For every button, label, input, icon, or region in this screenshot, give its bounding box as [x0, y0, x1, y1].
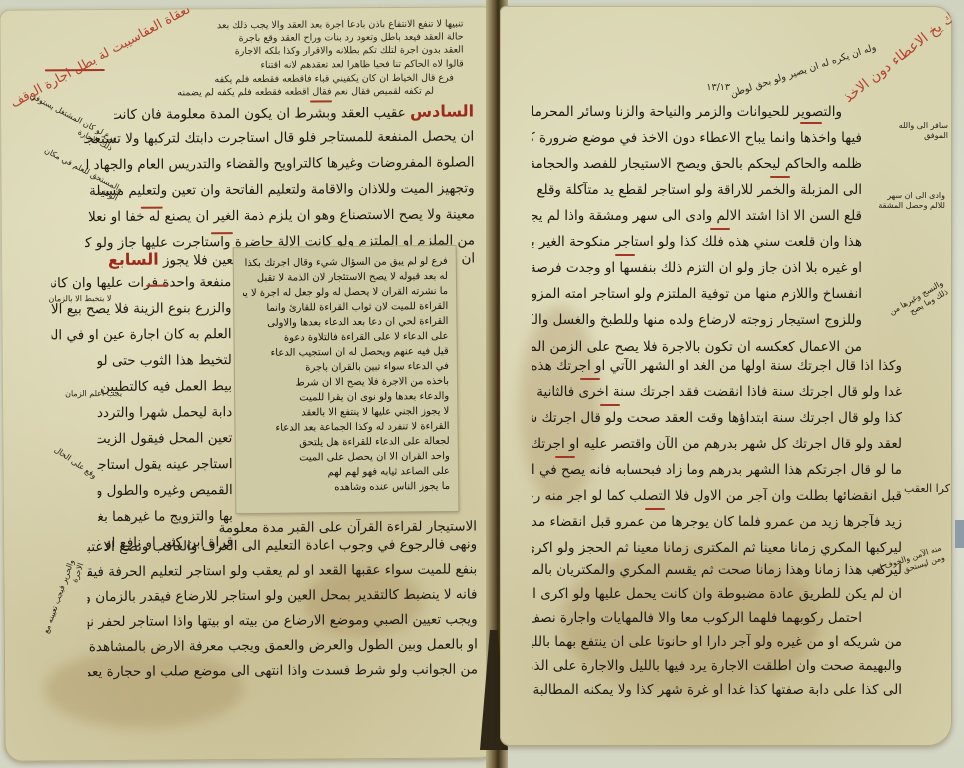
text-line: وللزوج استيجار زوجته لارضاع ولده منها ول…: [532, 312, 862, 328]
rubric-overline: [800, 122, 822, 124]
text-line: ما لو قال اجرتكم هذا الشهر بدرهم وما زاد…: [532, 462, 902, 478]
rubric-overline: [141, 207, 163, 209]
text-line: ظلمه والحاكم ليحكم بالحق ويصح الاستيجار …: [532, 156, 862, 172]
text-line: او بالعمل وبين الطول والعرض والعمق ويجب …: [88, 636, 478, 655]
text-line: والبهيمة صحت وان اطلقت الاجارة يرد فيها …: [532, 658, 902, 674]
margin-note: والحرير فيجب تعيينه مع الاجرة: [41, 558, 87, 640]
slip-line: القراءة لحي ان دعا بعد الدعاء بعدها والا…: [243, 316, 448, 329]
text-line: او غيره بلا اذن جاز ولو ان التزم ذلك بنف…: [532, 260, 862, 276]
slip-line: على الدعاء لا على القراءة فالتلاوة دعوة: [244, 331, 449, 344]
slip-line: فرع لو لم يبق من السؤال شيء وقال اجرتك ب…: [243, 256, 448, 269]
text-line: غدا ولو قال اجرتك سنة فاذا انقضت فقد اجر…: [532, 384, 902, 400]
top-note: تنبيها لا تنفع الانتفاع باذن بادعا اجرة …: [63, 18, 463, 32]
margin-note: والنسج وغيرها من ذلك وما يصح: [875, 279, 950, 334]
slip-line: والدعاء بعدها ولو نوى ان يقرأ للميت: [244, 391, 449, 404]
text-line: الى المزبلة والخمر للاراقة ولو استاجر لق…: [532, 182, 862, 198]
rubric-overline: [710, 228, 730, 230]
margin-note: وادى الى ان سهر للالم وحصل المشقة: [870, 191, 945, 211]
slip-line: في الدعاء سواء تبين بالقرآن باجرة: [244, 361, 449, 374]
rubric-overline: [146, 285, 168, 287]
pasted-slip: فرع لو لم يبق من السؤال شيء وقال اجرتك ب…: [234, 246, 459, 513]
text-line: ليركبها المكري زمانا معينا ثم المكترى زم…: [532, 540, 902, 556]
slip-line: لجعالة على الدعاء للقراءة هل يلتحق: [245, 436, 450, 449]
right-page: وله ان يكره له ان يصير ولو بحق لوطن ١٣/١…: [500, 6, 952, 746]
margin-note: لا يتخبط الا بالزمان: [21, 294, 111, 305]
text-line: لتخيط هذا الثوب حتى لو قال في هذا اليوم: [97, 352, 232, 369]
slip-line: القراءة للميت لان ثواب القراءة للقارئ وا…: [243, 301, 448, 314]
text-line: القميص وغيره والطول والعرض ونوع الخياطة: [98, 482, 233, 499]
slip-line: لا يجوز الجني عليها لا ينتفع الا بالعقد: [244, 406, 449, 419]
rubric-overline: [600, 404, 620, 406]
slip-line: القراءة لا تنفرد له وكذا الجماعة بعد الد…: [244, 421, 449, 434]
text-line: لعقد ولو قال اجرتك كل شهر بدرهم من الآن …: [532, 436, 902, 452]
text-line: هذا وان قلعت سني هذه فلك كذا ولو استاجر …: [532, 234, 862, 250]
top-note: فرع قال الخياط ان كان يكفيني قباء فاقطعه…: [74, 73, 454, 87]
margin-note: سافر الى والله الموفق: [888, 121, 948, 141]
rubric-overline: [645, 508, 665, 510]
text-line: العلم به كان اجارة عين او في الذمة ويقدر: [52, 326, 232, 343]
folio-mark: ١٣/١٣: [690, 82, 730, 93]
text-line: من شريكه او من غيره ولو آجر دارا او حانو…: [532, 634, 902, 650]
text-line: وتجهيز الميت وللاذان والاقامة ولتعليم ال…: [85, 180, 475, 199]
rubric-overline: [580, 378, 600, 380]
rubric-overline: [615, 254, 635, 256]
text-line: السادس عقيب العقد وبشرط ان يكون المدة مع…: [114, 101, 474, 123]
text-line: ان يحصل المنفعة للمستاجر فلو قال استاجرت…: [84, 128, 474, 147]
rubric-overline: [555, 456, 575, 458]
text-line: ونهى فالرجوع في وجوب اعادة التعليم الى ا…: [87, 536, 477, 555]
slip-line: باخذه من الاجرة فلا يصح الا ان شرط: [244, 376, 449, 389]
text-line: وكذا اذا قال اجرتك سنة اولها من الغد او …: [532, 358, 902, 374]
slip-line: قيل فيه عنهم ويحصل له ان استجيب الدعاء: [244, 346, 449, 359]
text-line: معينة ولا يصح الاستصناع وهو ان يلزم ذمة …: [85, 206, 475, 225]
text-line: بنفع للميت سواء عقبها القعد او لم يعقب و…: [87, 561, 477, 580]
rubric-overline: [211, 232, 233, 234]
text-line: احتمل ركوبهما فلهما الركوب معا والا فالم…: [532, 610, 862, 626]
slip-line: على الصاعد ثيابه فهو لهم لهم: [245, 466, 450, 479]
margin-note: وقع على الحال: [27, 427, 99, 481]
text-line: ان لم يكن للطريق عادة مضبوطة وان كانت يح…: [532, 586, 902, 602]
slip-line: واحد القرآن الا ان يحصل على الميت: [245, 451, 450, 464]
text-line: قبل انقضائها بطلت وان آجر من الاول فلا ا…: [532, 488, 902, 504]
text-line: من الجوانب ولو شرط فسدت واذا انتهى الى م…: [88, 661, 478, 680]
text-line: زيد فآجرها زيد من عمرو فلما كان يوجرها م…: [532, 514, 902, 530]
text-line: الاستيجار لقراءة القرآن على القبر مدة مع…: [117, 518, 477, 537]
water-stain: [44, 648, 245, 729]
text-line: منفعة واحدة فرات عليها وان كانت لها منفع…: [51, 274, 231, 291]
text-line: الصلوة المفروضات وغيرها كالتراويح والقضا…: [84, 154, 474, 173]
rubric-heading: السادس: [410, 101, 474, 120]
text-line: فانه لا ينضبط كالتقدير بمحل العين ولو اس…: [87, 586, 477, 605]
text-line: الى كذا على دابة صفتها كذا غدا او غرة شه…: [532, 682, 902, 698]
text-line: من الاعمال كعكسه ان تكون بالاجرة فلا يصح…: [532, 336, 862, 355]
slip-line: ما نشرته القرآن لا يحصل له ولو جعل له اج…: [243, 286, 448, 299]
top-note: قالوا لاه الحاكم تنا فحيا ظاهرا لعد تعقد…: [64, 58, 464, 72]
rubric-overline: [310, 100, 332, 102]
text-line: استاجر عينه يقول استاجرتك لتخيط هذا: [98, 456, 233, 473]
top-note: لم تكفه لقميص فقال نعم فقال اقطعه فقطعه …: [74, 86, 434, 100]
margin-note: يجب اعلم الزمان: [62, 389, 122, 399]
text-line: انفساخ واللازم منها من توفية الملتزم ولو…: [532, 286, 862, 302]
rubric-overline: [770, 176, 790, 178]
text-line: دابة ليحمل شهرا والتردد عليها ابدا او نه…: [97, 404, 232, 421]
text-line: والتصوير للحيوانات والزمر والنياحة والزن…: [532, 104, 842, 120]
slip-line: له بعد قبوله لا يصح الاستئجار لان الذمة …: [243, 271, 448, 284]
margin-note: كرا العقب: [900, 484, 950, 494]
text-line: فيها واخذها وانما يباح الاعطاء دون الاخذ…: [532, 130, 862, 146]
bookmark-tab: [955, 520, 964, 548]
text-line: ليركب هذا زمانا وهذا زمانا صحت ثم يقسم ا…: [532, 562, 902, 578]
text-line: كذا ولو قال اجرتك سنة ابتداؤها وقت العقد…: [532, 410, 902, 426]
slip-line: ما يجوز الناس عنده وشاهده: [245, 481, 450, 494]
text-line: قلع السن الا اذا اشتد الالم وادى الى سهر…: [532, 208, 862, 224]
text-line: تعين المحل فيقول الزيت ونحو خياطة هذا: [97, 430, 232, 447]
rubric-heading: السابع: [108, 250, 159, 269]
text-line: ويجب تعيين الصبي وموضع الارضاع من بيته ا…: [88, 611, 478, 630]
